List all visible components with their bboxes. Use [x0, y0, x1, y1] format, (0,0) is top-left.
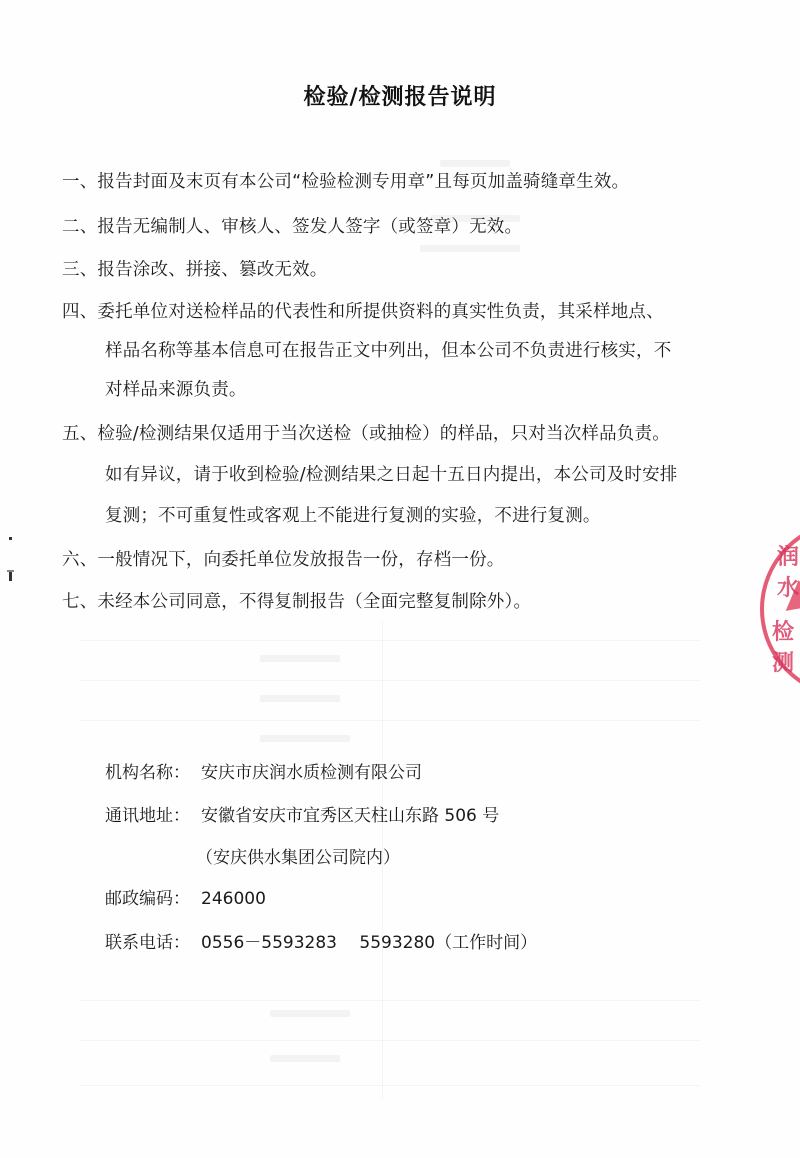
clause-2: 二、报告无编制人、审核人、签发人签字（或签章）无效。 [62, 217, 522, 237]
phone-row: 联系电话：0556－5593283 5593280（工作时间） [105, 933, 537, 953]
address-note: （安庆供水集团公司院内） [196, 848, 400, 868]
clause-4-line-3: 对样品来源负责。 [105, 380, 247, 400]
bleed-through-line [80, 1040, 700, 1041]
bleed-through-text [260, 655, 340, 662]
bleed-through-line [80, 1000, 700, 1001]
clause-text: 报告无编制人、审核人、签发人签字（或签章）无效。 [97, 217, 522, 237]
org-name-row: 机构名称：安庆市庆润水质检测有限公司 [105, 763, 422, 783]
address-value: 安徽省安庆市宜秀区天柱山东路 506 号 [201, 806, 499, 826]
clause-number: 七、 [62, 592, 97, 612]
bleed-through-text [270, 1055, 340, 1062]
clause-5-line-3: 复测；不可重复性或客观上不能进行复测的实验，不进行复测。 [105, 506, 601, 526]
scan-mark [7, 570, 14, 572]
postcode-value: 246000 [201, 889, 266, 909]
clause-text: 报告封面及末页有本公司“检验检测专用章”且每页加盖骑缝章生效。 [97, 172, 629, 192]
clause-number: 三、 [62, 260, 97, 280]
org-name-value: 安庆市庆润水质检测有限公司 [201, 763, 422, 783]
clause-number: 四、 [62, 302, 97, 322]
clause-3: 三、报告涂改、拼接、篡改无效。 [62, 260, 328, 280]
bleed-through-text [260, 735, 350, 742]
phone-label: 联系电话： [105, 933, 201, 953]
seal-text-top: 润水 [777, 540, 800, 602]
clause-1: 一、报告封面及末页有本公司“检验检测专用章”且每页加盖骑缝章生效。 [62, 172, 629, 192]
address-row: 通讯地址：安徽省安庆市宜秀区天柱山东路 506 号 [105, 806, 499, 826]
bleed-through-text [260, 695, 340, 702]
bleed-through-text [420, 245, 520, 252]
clause-7: 七、未经本公司同意，不得复制报告（全面完整复制除外）。 [62, 592, 531, 612]
page-title: 检验/检测报告说明 [0, 80, 800, 111]
phone-value: 0556－5593283 5593280（工作时间） [201, 933, 537, 953]
seal-text-bottom: 检测 [772, 615, 800, 677]
clause-number: 二、 [62, 217, 97, 237]
bleed-through-text [440, 160, 510, 167]
clause-5: 五、检验/检测结果仅适用于当次送检（或抽检）的样品，只对当次样品负责。 [62, 424, 670, 444]
clause-number: 一、 [62, 172, 97, 192]
clause-4: 四、委托单位对送检样品的代表性和所提供资料的真实性负责，其采样地点、 [62, 302, 664, 322]
bleed-through-text [270, 1010, 350, 1017]
clause-text: 报告涂改、拼接、篡改无效。 [97, 260, 327, 280]
scan-mark [9, 572, 12, 581]
clause-number: 六、 [62, 550, 97, 570]
scan-mark [9, 537, 12, 540]
clause-text: 检验/检测结果仅适用于当次送检（或抽检）的样品，只对当次样品负责。 [97, 424, 670, 444]
clause-number: 五、 [62, 424, 97, 444]
clause-text: 未经本公司同意，不得复制报告（全面完整复制除外）。 [97, 592, 531, 612]
org-name-label: 机构名称： [105, 763, 201, 783]
bleed-through-line [80, 640, 700, 641]
document-page: 检验/检测报告说明 一、报告封面及末页有本公司“检验检测专用章”且每页加盖骑缝章… [0, 0, 800, 1158]
address-label: 通讯地址： [105, 806, 201, 826]
clause-text: 委托单位对送检样品的代表性和所提供资料的真实性负责，其采样地点、 [97, 302, 663, 322]
clause-6: 六、一般情况下，向委托单位发放报告一份，存档一份。 [62, 550, 505, 570]
bleed-through-line [80, 720, 700, 721]
bleed-through-line [80, 680, 700, 681]
postcode-label: 邮政编码： [105, 889, 201, 909]
postcode-row: 邮政编码：246000 [105, 889, 266, 909]
clause-text: 一般情况下，向委托单位发放报告一份，存档一份。 [97, 550, 504, 570]
clause-5-line-2: 如有异议，请于收到检验/检测结果之日起十五日内提出，本公司及时安排 [105, 465, 678, 485]
clause-4-line-2: 样品名称等基本信息可在报告正文中列出，但本公司不负责进行核实，不 [105, 341, 671, 361]
bleed-through-line [80, 1085, 700, 1086]
